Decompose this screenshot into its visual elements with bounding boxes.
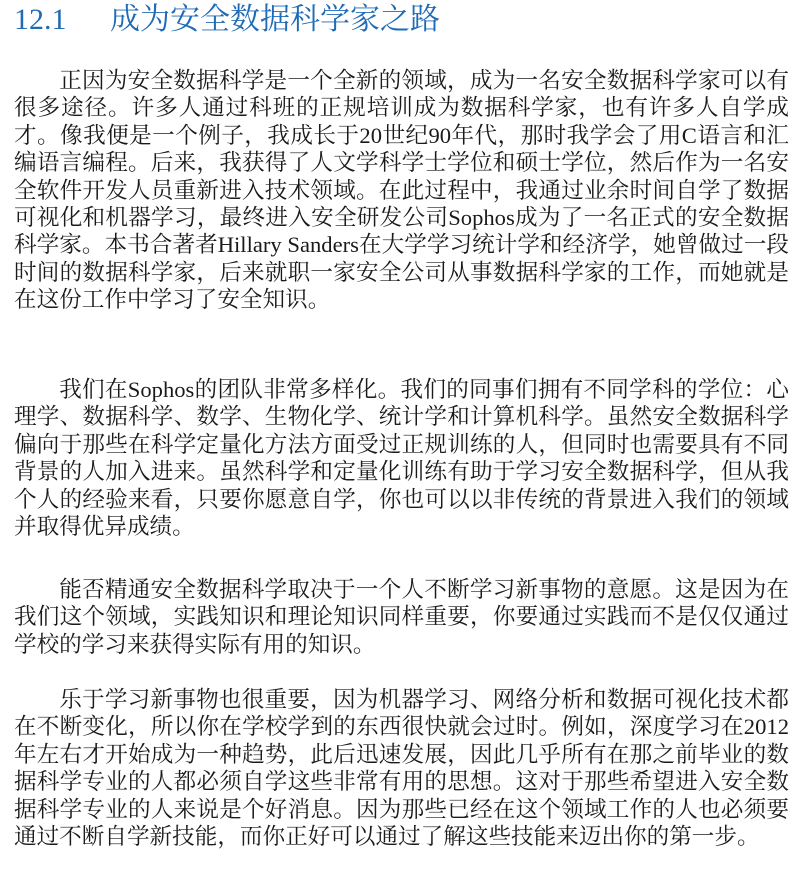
paragraph-2: 我们在Sophos的团队非常多样化。我们的同事们拥有不同学科的学位：心理学、数据… xyxy=(14,376,789,540)
paragraph-4: 乐于学习新事物也很重要，因为机器学习、网络分析和数据可视化技术都在不断变化，所以… xyxy=(14,686,789,850)
section-title: 成为安全数据科学家之路 xyxy=(110,3,440,36)
paragraph-1: 正因为安全数据科学是一个全新的领域，成为一名安全数据科学家可以有很多途径。许多人… xyxy=(14,67,789,314)
document-page: 12.1成为安全数据科学家之路 正因为安全数据科学是一个全新的领域，成为一名安全… xyxy=(14,0,789,44)
paragraph-3: 能否精通安全数据科学取决于一个人不断学习新事物的意愿。这是因为在我们这个领域，实… xyxy=(14,576,789,658)
section-number: 12.1 xyxy=(14,0,110,40)
section-heading: 12.1成为安全数据科学家之路 xyxy=(14,0,789,44)
